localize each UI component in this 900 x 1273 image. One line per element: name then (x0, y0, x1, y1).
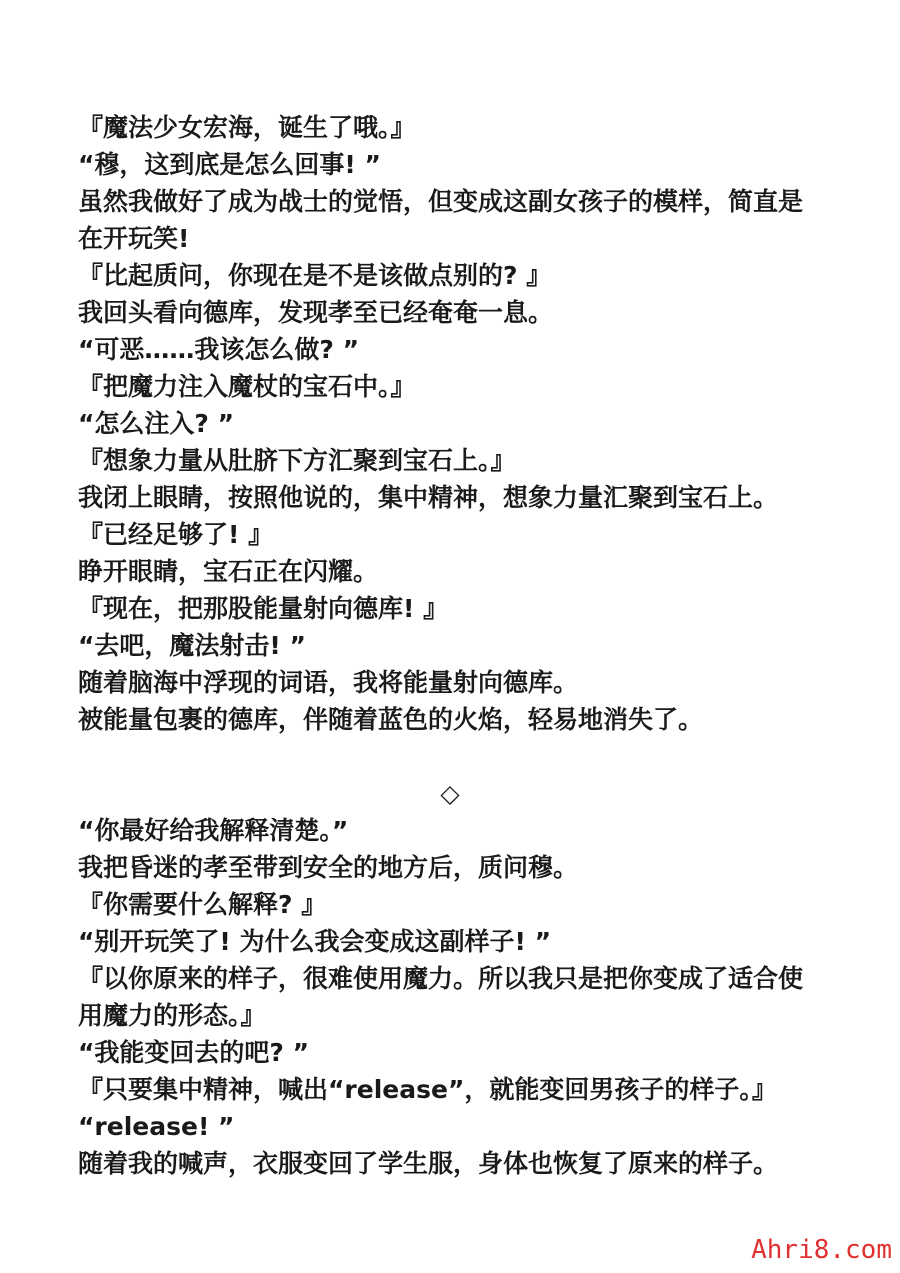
paragraph: 随着我的喊声，衣服变回了学生服，身体也恢复了原来的样子。 (78, 1145, 822, 1182)
paragraph: “你最好给我解释清楚。” (78, 812, 822, 849)
paragraph: “release! ” (78, 1108, 822, 1145)
paragraph: 『想象力量从肚脐下方汇聚到宝石上。』 (78, 442, 822, 479)
paragraph: 随着脑海中浮现的词语，我将能量射向德库。 (78, 664, 822, 701)
paragraph: 被能量包裹的德库，伴随着蓝色的火焰，轻易地消失了。 (78, 701, 822, 738)
paragraph: “怎么注入? ” (78, 405, 822, 442)
section-divider: ◇ (78, 775, 822, 812)
watermark-text: Ahri8.com (751, 1235, 892, 1265)
paragraph: “我能变回去的吧? ” (78, 1034, 822, 1071)
paragraph: 『已经足够了! 』 (78, 516, 822, 553)
paragraph: 『魔法少女宏海，诞生了哦。』 (78, 109, 822, 146)
paragraph: 我回头看向德库，发现孝至已经奄奄一息。 (78, 294, 822, 331)
paragraph: “别开玩笑了! 为什么我会变成这副样子! ” (78, 923, 822, 960)
paragraph: “穆，这到底是怎么回事! ” (78, 146, 822, 183)
paragraph: 『比起质问，你现在是不是该做点别的? 』 (78, 257, 822, 294)
paragraph: 睁开眼睛，宝石正在闪耀。 (78, 553, 822, 590)
paragraph: “可恶……我该怎么做? ” (78, 331, 822, 368)
paragraph: 『只要集中精神，喊出“release”，就能变回男孩子的样子。』 (78, 1071, 822, 1108)
paragraph: 『现在，把那股能量射向德库! 』 (78, 590, 822, 627)
paragraph: 我把昏迷的孝至带到安全的地方后，质问穆。 (78, 849, 822, 886)
paragraph: 我闭上眼睛，按照他说的，集中精神，想象力量汇聚到宝石上。 (78, 479, 822, 516)
paragraph: 虽然我做好了成为战士的觉悟，但变成这副女孩子的模样，简直是在开玩笑! (78, 183, 822, 257)
paragraph: 『以你原来的样子，很难使用魔力。所以我只是把你变成了适合使用魔力的形态。』 (78, 960, 822, 1034)
paragraph: “去吧，魔法射击! ” (78, 627, 822, 664)
novel-text: 『魔法少女宏海，诞生了哦。』“穆，这到底是怎么回事! ”虽然我做好了成为战士的觉… (78, 109, 822, 1182)
paragraph: 『把魔力注入魔杖的宝石中。』 (78, 368, 822, 405)
paragraph: 『你需要什么解释? 』 (78, 886, 822, 923)
